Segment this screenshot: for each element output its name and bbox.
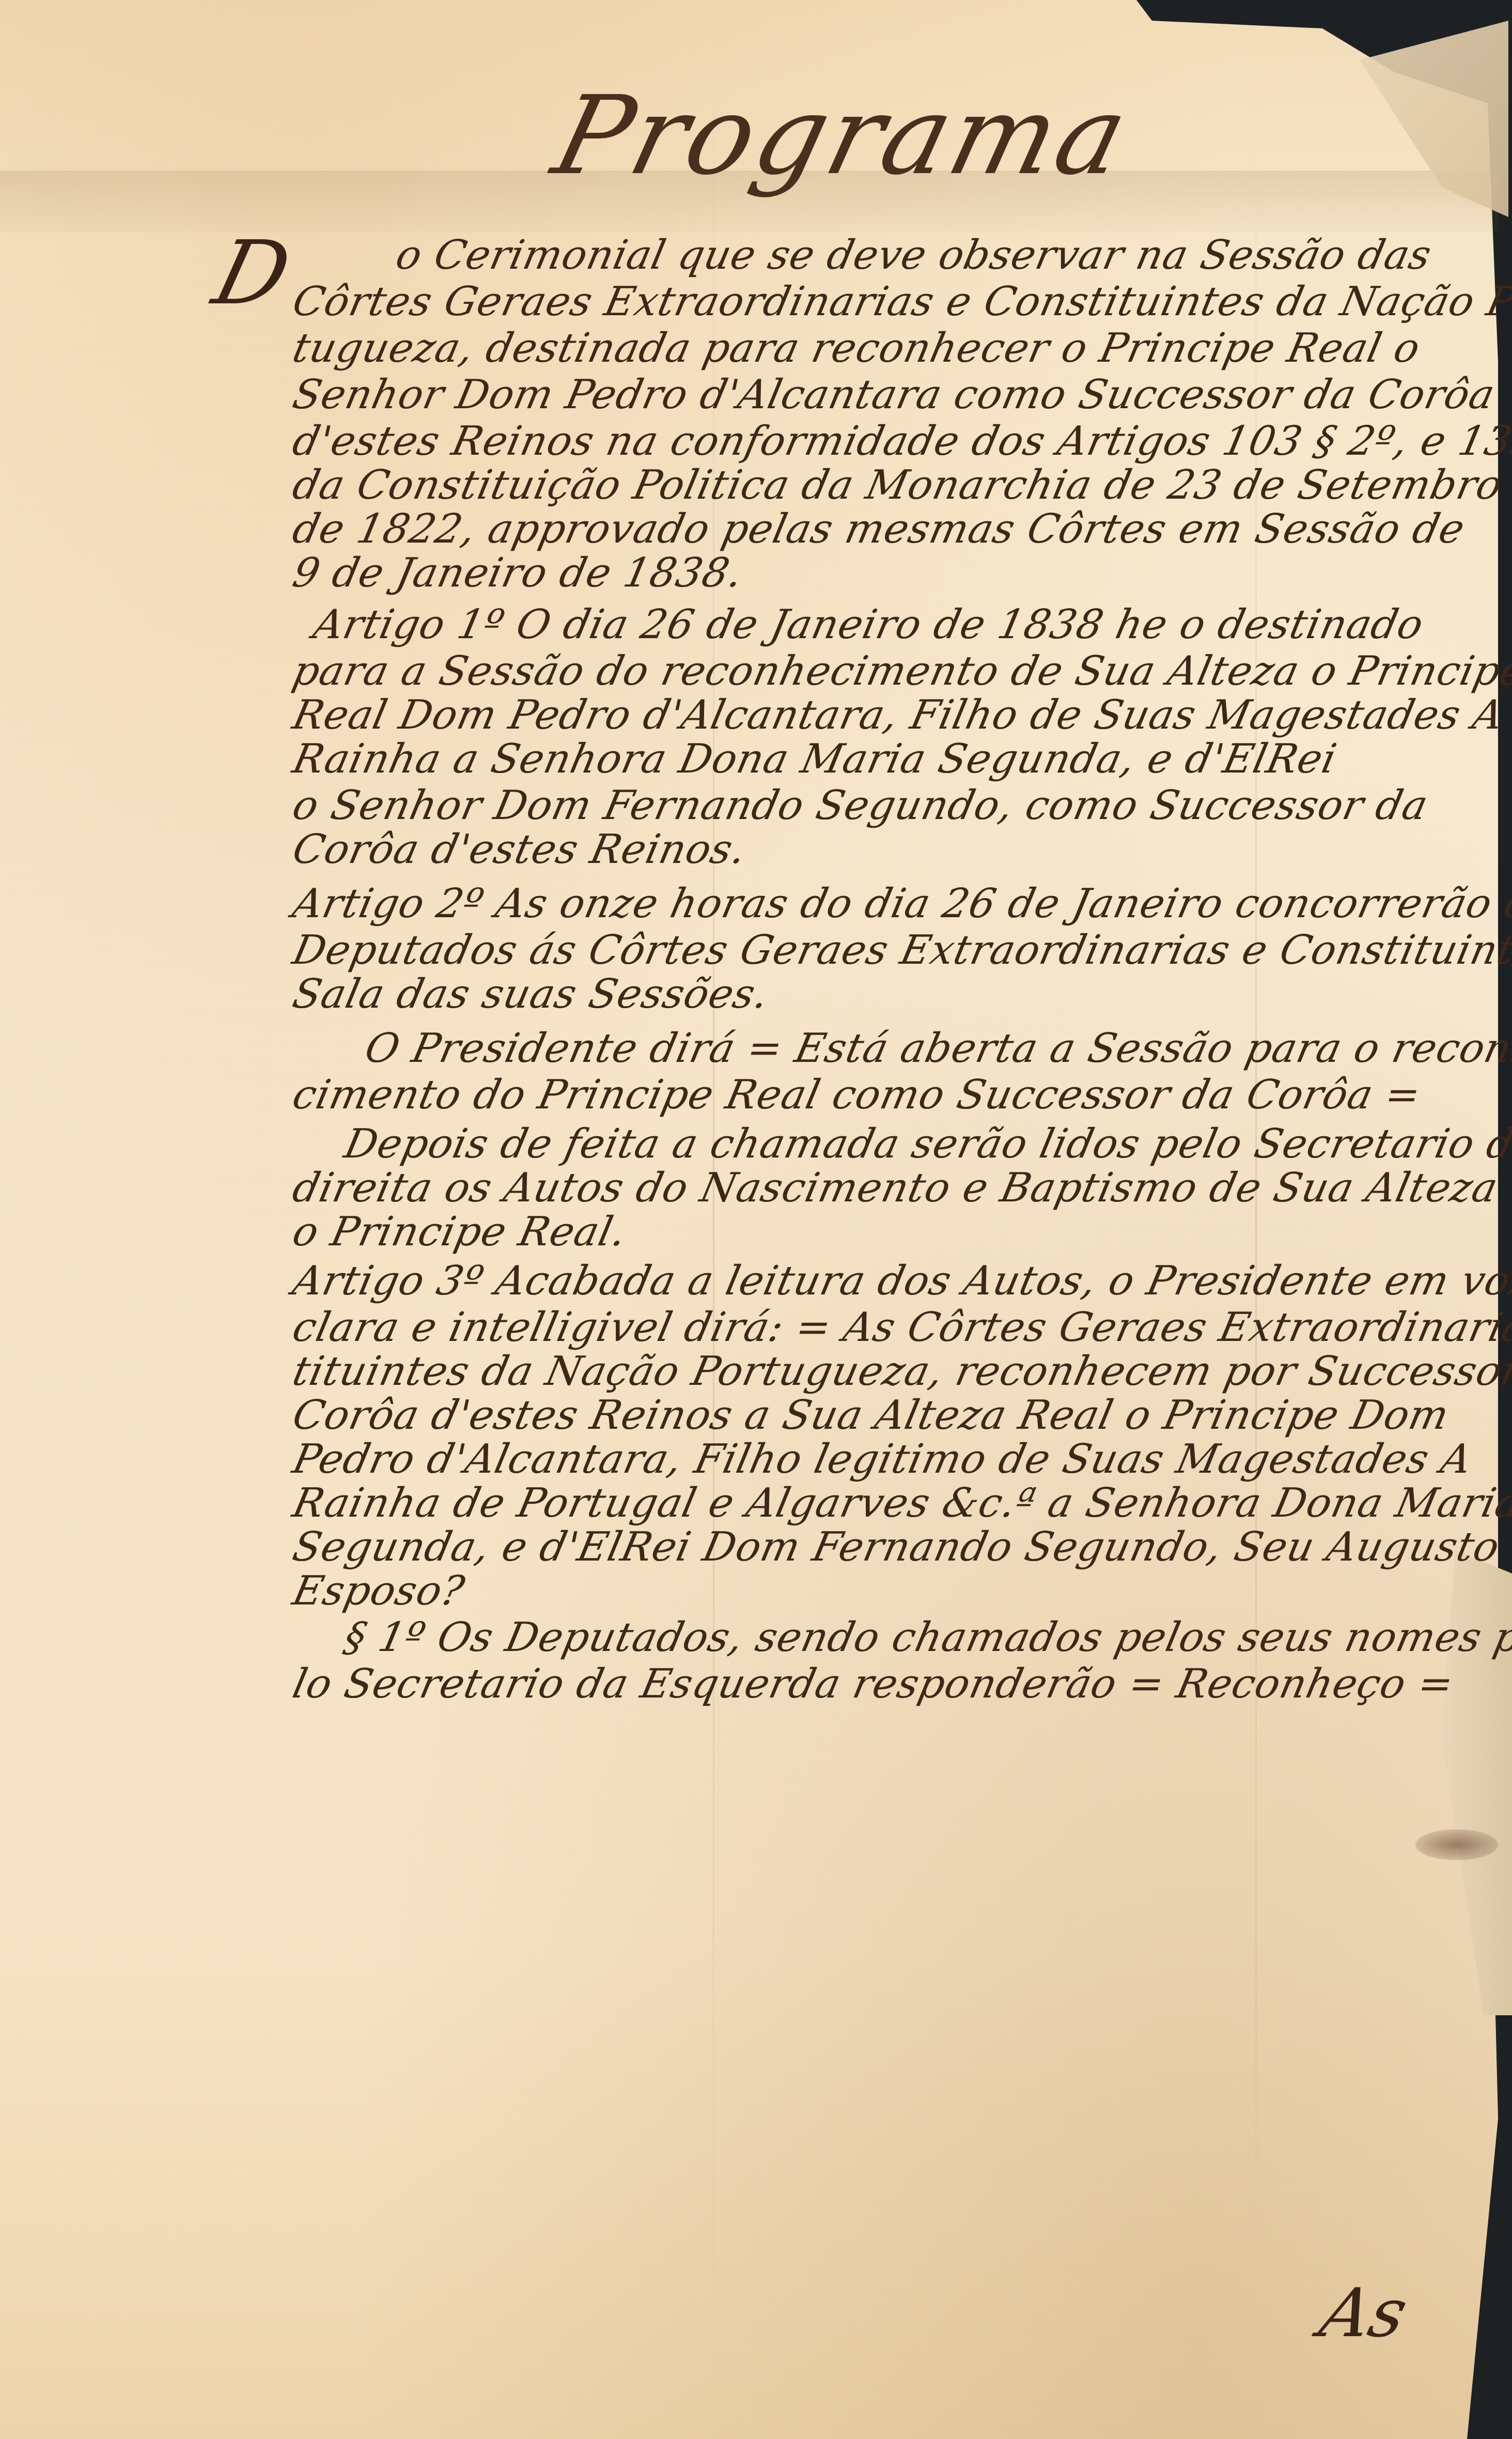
text-line: 9 de Janeiro de 1838.	[289, 553, 1507, 593]
text-line: Real Dom Pedro d'Alcantara, Filho de Sua…	[289, 695, 1507, 735]
text-line: o Principe Real.	[289, 1212, 1507, 1252]
text-line: Corôa d'estes Reinos a Sua Alteza Real o…	[289, 1395, 1507, 1435]
text-line: Segunda, e d'ElRei Dom Fernando Segundo,…	[289, 1527, 1507, 1567]
text-line: Rainha de Portugal e Algarves &c.ª a Sen…	[289, 1483, 1507, 1523]
section-line: § 1º Os Deputados, sendo chamados pelos …	[341, 1617, 1512, 1658]
text-line: Pedro d'Alcantara, Filho legitimo de Sua…	[289, 1439, 1507, 1479]
text-line: o Cerimonial que se deve observar na Ses…	[393, 235, 1512, 275]
article-heading-line: Artigo 2º As onze horas do dia 26 de Jan…	[289, 884, 1507, 924]
text-line: Sala das suas Sessões.	[289, 974, 1507, 1014]
text-line: Rainha a Senhora Dona Maria Segunda, e d…	[289, 739, 1507, 779]
article-heading-line: Artigo 3º Acabada a leitura dos Autos, o…	[289, 1261, 1507, 1301]
text-line: Depois de feita a chamada serão lidos pe…	[341, 1124, 1512, 1164]
text-line: Côrtes Geraes Extraordinarias e Constitu…	[289, 282, 1507, 322]
text-line: o Senhor Dom Fernando Segundo, como Succ…	[289, 785, 1507, 826]
text-line: lo Secretario da Esquerda responderão = …	[289, 1664, 1507, 1704]
text-line: de 1822, approvado pelas mesmas Côrtes e…	[289, 509, 1507, 549]
text-line: tituintes da Nação Portugueza, reconhece…	[289, 1351, 1507, 1392]
text-line: cimento do Principe Real como Successor …	[289, 1075, 1507, 1115]
document-title: Programa	[542, 72, 1142, 199]
text-line: clara e intelligivel dirá: = As Côrtes G…	[289, 1307, 1507, 1348]
text-line: Corôa d'estes Reinos.	[289, 829, 1507, 870]
article-heading-line: Artigo 1º O dia 26 de Janeiro de 1838 he…	[310, 605, 1512, 645]
text-line: direita os Autos do Nascimento e Baptism…	[289, 1168, 1507, 1208]
text-line: da Constituição Politica da Monarchia de…	[289, 465, 1507, 505]
text-line: Deputados ás Côrtes Geraes Extraordinari…	[289, 930, 1507, 970]
text-line: Esposo?	[289, 1571, 1507, 1611]
text-line: d'estes Reinos na conformidade dos Artig…	[289, 421, 1507, 461]
text-line: O Presidente dirá = Está aberta a Sessão…	[362, 1028, 1512, 1069]
text-line: para a Sessão do reconhecimento de Sua A…	[289, 651, 1507, 691]
text-line: tugueza, destinada para reconhecer o Pri…	[289, 328, 1507, 368]
ink-smudge	[1415, 1829, 1498, 1860]
text-line: Senhor Dom Pedro d'Alcantara como Succes…	[289, 375, 1507, 415]
